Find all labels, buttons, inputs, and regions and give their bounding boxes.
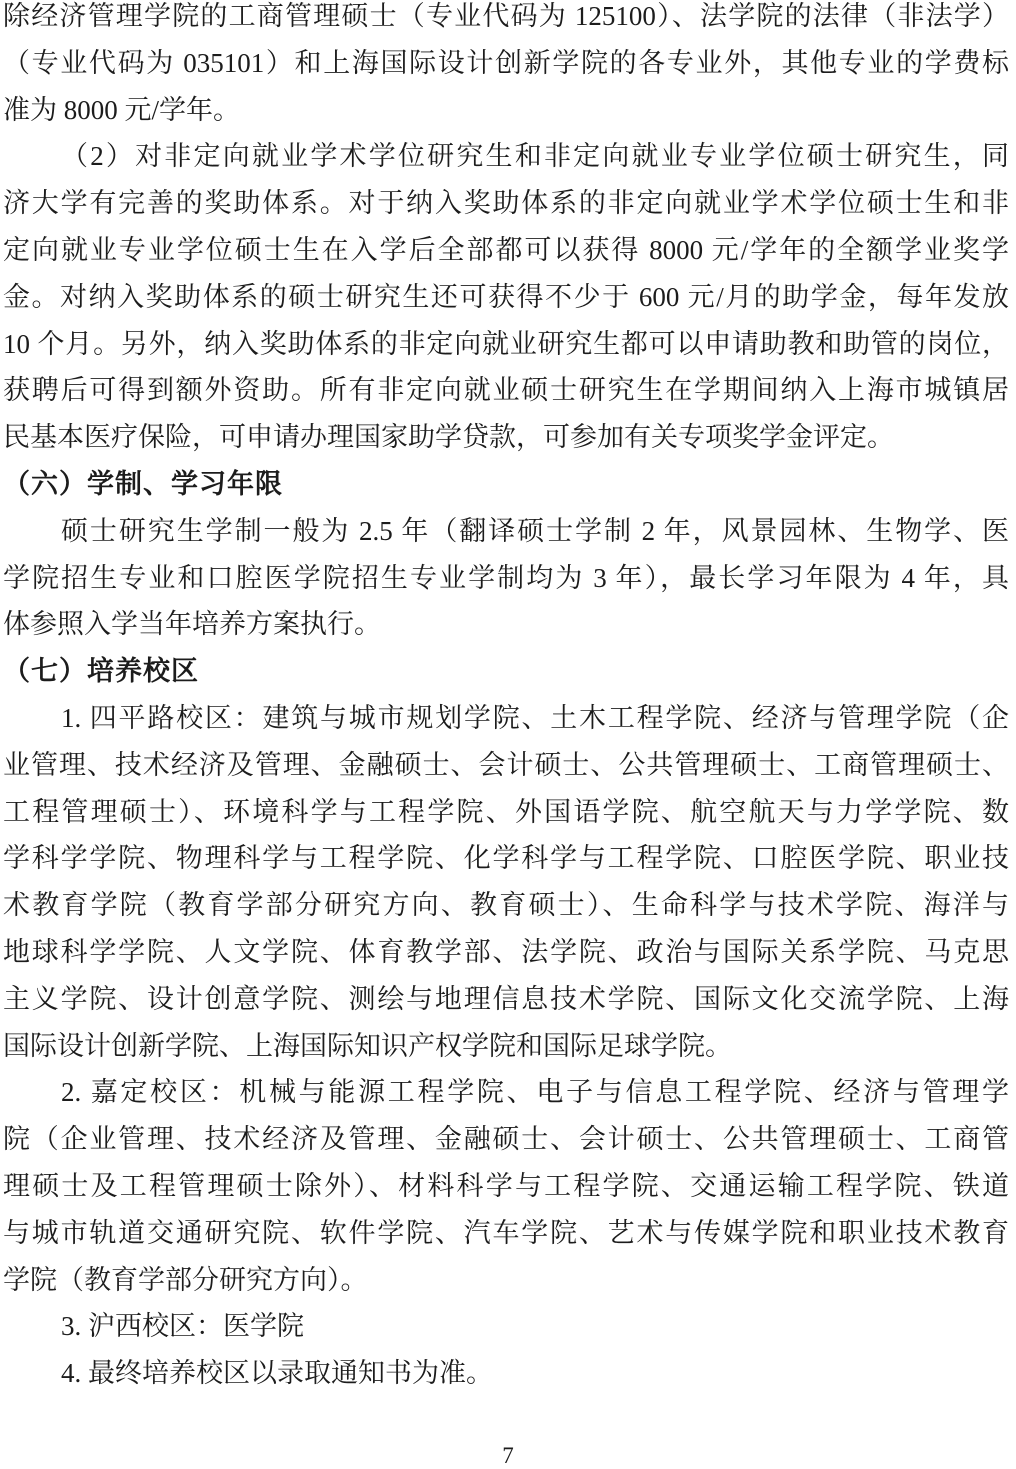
text-line: 除经济管理学院的工商管理硕士（专业代码为 125100）、法学院的法律（非法学）	[3, 0, 1009, 40]
text-line: 国际设计创新学院、上海国际知识产权学院和国际足球学院。	[3, 1023, 1009, 1070]
text-line: 主义学院、设计创意学院、测绘与地理信息技术学院、国际文化交流学院、上海	[3, 976, 1009, 1023]
text-line: 3. 沪西校区：医学院	[3, 1303, 1009, 1350]
text-line: 2. 嘉定校区：机械与能源工程学院、电子与信息工程学院、经济与管理学	[3, 1069, 1009, 1116]
text-line: 工程管理硕士）、环境科学与工程学院、外国语学院、航空航天与力学学院、数	[3, 789, 1009, 836]
text-line: 学院（教育学部分研究方向）。	[3, 1257, 1009, 1304]
text-line: 民基本医疗保险，可申请办理国家助学贷款，可参加有关专项奖学金评定。	[3, 414, 1009, 461]
text-line: 院（企业管理、技术经济及管理、金融硕士、会计硕士、公共管理硕士、工商管	[3, 1116, 1009, 1163]
document-body: 除经济管理学院的工商管理硕士（专业代码为 125100）、法学院的法律（非法学）…	[3, 0, 1009, 1397]
text-line: （2）对非定向就业学术学位研究生和非定向就业专业学位硕士研究生，同	[3, 133, 1009, 180]
text-line: 学科学学院、物理科学与工程学院、化学科学与工程学院、口腔医学院、职业技	[3, 835, 1009, 882]
text-line: （专业代码为 035101）和上海国际设计创新学院的各专业外，其他专业的学费标	[3, 40, 1009, 87]
text-line: 学院招生专业和口腔医学院招生专业学制均为 3 年），最长学习年限为 4 年，具	[3, 555, 1009, 602]
text-line: 获聘后可得到额外资助。所有非定向就业硕士研究生在学期间纳入上海市城镇居	[3, 367, 1009, 414]
page-number: 7	[0, 1442, 1016, 1469]
text-line: 体参照入学当年培养方案执行。	[3, 601, 1009, 648]
text-line: 金。对纳入奖助体系的硕士研究生还可获得不少于 600 元/月的助学金，每年发放	[3, 274, 1009, 321]
text-line: 地球科学学院、人文学院、体育教学部、法学院、政治与国际关系学院、马克思	[3, 929, 1009, 976]
text-line: 4. 最终培养校区以录取通知书为准。	[3, 1350, 1009, 1397]
text-line: 理硕士及工程管理硕士除外）、材料科学与工程学院、交通运输工程学院、铁道	[3, 1163, 1009, 1210]
text-line: 业管理、技术经济及管理、金融硕士、会计硕士、公共管理硕士、工商管理硕士、	[3, 742, 1009, 789]
text-line: 与城市轨道交通研究院、软件学院、汽车学院、艺术与传媒学院和职业技术教育	[3, 1210, 1009, 1257]
text-line: 定向就业专业学位硕士生在入学后全部都可以获得 8000 元/学年的全额学业奖学	[3, 227, 1009, 274]
text-line: 准为 8000 元/学年。	[3, 87, 1009, 134]
document-page: 除经济管理学院的工商管理硕士（专业代码为 125100）、法学院的法律（非法学）…	[0, 0, 1016, 1469]
text-line: 1. 四平路校区：建筑与城市规划学院、土木工程学院、经济与管理学院（企	[3, 695, 1009, 742]
text-line: 术教育学院（教育学部分研究方向、教育硕士）、生命科学与技术学院、海洋与	[3, 882, 1009, 929]
section-heading: （七）培养校区	[3, 648, 1009, 695]
text-line: 济大学有完善的奖助体系。对于纳入奖助体系的非定向就业学术学位硕士生和非	[3, 180, 1009, 227]
section-heading: （六）学制、学习年限	[3, 461, 1009, 508]
text-line: 硕士研究生学制一般为 2.5 年（翻译硕士学制 2 年，风景园林、生物学、医	[3, 508, 1009, 555]
text-line: 10 个月。另外，纳入奖助体系的非定向就业研究生都可以申请助教和助管的岗位，	[3, 321, 1009, 368]
